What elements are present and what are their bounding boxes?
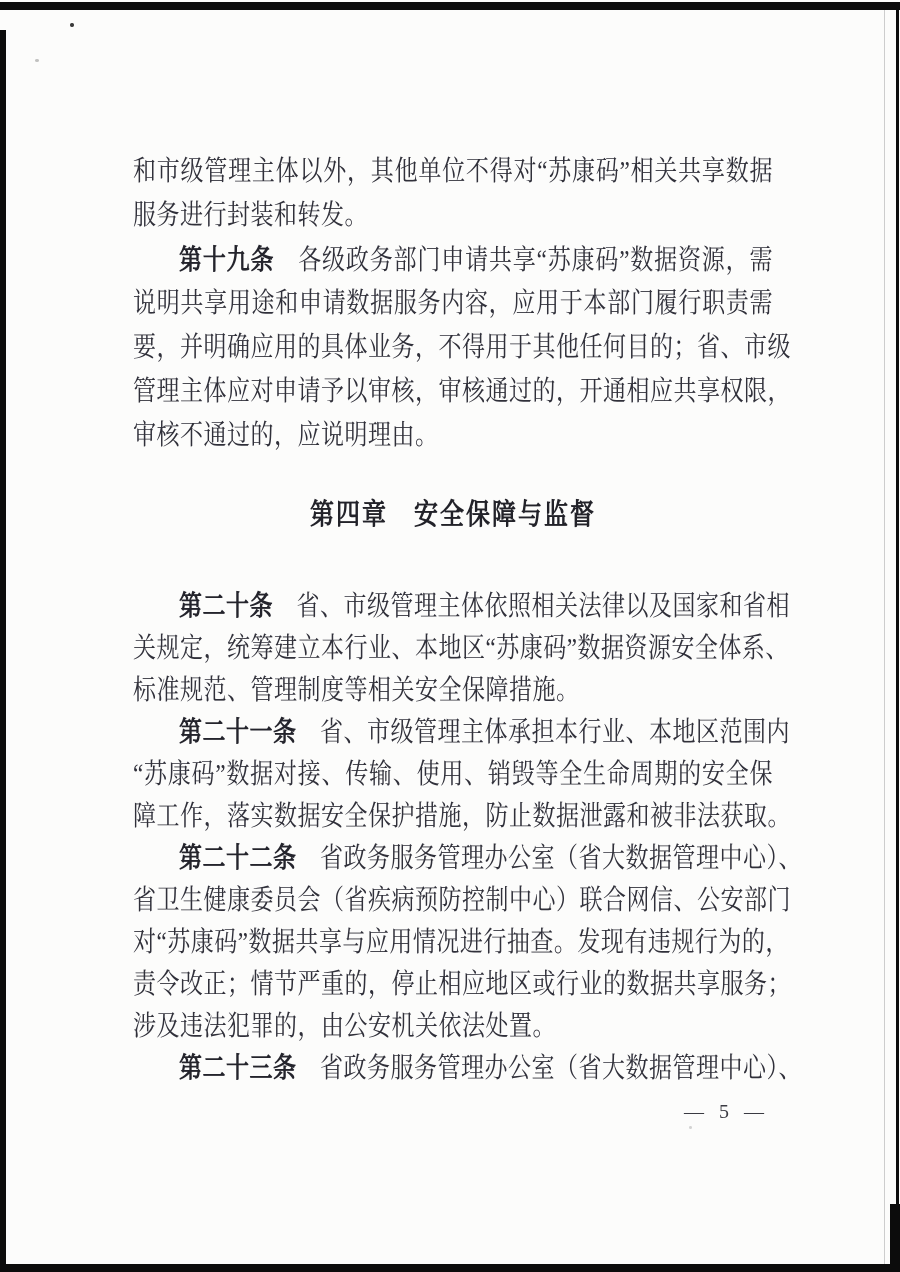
line-text: 涉及违法犯罪的，由公安机关依法处置。 [133,1011,556,1041]
line-text: 省政务服务管理办公室（省大数据管理中心）、 [297,843,803,873]
page-number: — 5 — [133,1101,773,1124]
text-line: 服务进行封装和转发。 [133,194,773,238]
scan-speck [689,1126,692,1129]
document-body: 和市级管理主体以外，其他单位不得对“苏康码”相关共享数据服务进行封装和转发。第十… [133,150,773,1124]
line-text: 对“苏康码”数据共享与应用情况进行抽查。发现有违规行为的， [133,927,789,957]
line-text: “苏康码”数据对接、传输、使用、销毁等全生命周期的安全保 [133,759,773,789]
scan-border-bottom [0,1264,900,1272]
text-line: 责令改正；情节严重的，停止相应地区或行业的数据共享服务； [133,963,773,1005]
scan-speck [70,23,74,27]
text-line: 第十九条 各级政务部门申请共享“苏康码”数据资源，需 [133,238,773,282]
article-number: 第二十一条 [179,716,297,747]
line-text: 关规定，统筹建立本行业、本地区“苏康码”数据资源安全体系、 [133,633,789,663]
text-line: 和市级管理主体以外，其他单位不得对“苏康码”相关共享数据 [133,150,773,194]
scan-border-right [896,10,899,1204]
scanned-document-page: 和市级管理主体以外，其他单位不得对“苏康码”相关共享数据服务进行封装和转发。第十… [0,0,900,1272]
line-text: 说明共享用途和申请数据服务内容，应用于本部门履行职责需 [133,288,773,318]
text-line: 要，并明确应用的具体业务，不得用于其他任何目的；省、市级 [133,326,773,370]
line-text: 省政务服务管理办公室（省大数据管理中心）、 [297,1053,803,1083]
line-text: 管理主体应对申请予以审核，审核通过的，开通相应共享权限， [133,376,791,406]
scan-border-corner [890,1204,900,1272]
article-number: 第二十条 [179,590,273,621]
scan-border-left [0,30,6,1272]
text-line: 第二十二条 省政务服务管理办公室（省大数据管理中心）、 [133,837,773,879]
article-number: 第十九条 [179,244,274,275]
scan-speck [35,59,39,62]
text-line: 涉及违法犯罪的，由公安机关依法处置。 [133,1005,773,1047]
line-text: 服务进行封装和转发。 [133,200,368,230]
text-line: 说明共享用途和申请数据服务内容，应用于本部门履行职责需 [133,282,773,326]
text-line: 第二十一条 省、市级管理主体承担本行业、本地区范围内 [133,711,773,753]
line-text: 省、市级管理主体依照相关法律以及国家和省相 [273,591,790,621]
chapter-heading-text: 第四章 安全保障与监督 [133,494,773,538]
line-text: 审核不通过的，应说明理由。 [133,420,439,450]
text-line: 标准规范、管理制度等相关安全保障措施。 [133,669,773,711]
paragraph-group-2: 第二十条 省、市级管理主体依照相关法律以及国家和省相关规定，统筹建立本行业、本地… [133,585,773,1089]
text-line: 第二十条 省、市级管理主体依照相关法律以及国家和省相 [133,585,773,627]
line-text: 责令改正；情节严重的，停止相应地区或行业的数据共享服务； [133,969,791,999]
line-text: 要，并明确应用的具体业务，不得用于其他任何目的；省、市级 [133,332,791,362]
text-line: “苏康码”数据对接、传输、使用、销毁等全生命周期的安全保 [133,753,773,795]
line-text: 标准规范、管理制度等相关安全保障措施。 [133,675,580,705]
chapter-heading: 第四章 安全保障与监督 [133,494,773,538]
text-line: 审核不通过的，应说明理由。 [133,414,773,458]
paragraph-group-1: 和市级管理主体以外，其他单位不得对“苏康码”相关共享数据服务进行封装和转发。第十… [133,150,773,458]
article-number: 第二十二条 [179,842,297,873]
line-text: 省、市级管理主体承担本行业、本地区范围内 [297,717,791,747]
line-text: 各级政务部门申请共享“苏康码”数据资源，需 [274,245,773,275]
line-text: 省卫生健康委员会（省疾病预防控制中心）联合网信、公安部门 [133,885,791,915]
scan-line-artifact [884,10,885,1264]
text-line: 关规定，统筹建立本行业、本地区“苏康码”数据资源安全体系、 [133,627,773,669]
text-line: 第二十三条 省政务服务管理办公室（省大数据管理中心）、 [133,1047,773,1089]
line-text: 和市级管理主体以外，其他单位不得对“苏康码”相关共享数据 [133,156,773,186]
line-text: 障工作，落实数据安全保护措施，防止数据泄露和被非法获取。 [133,801,791,831]
text-line: 对“苏康码”数据共享与应用情况进行抽查。发现有违规行为的， [133,921,773,963]
text-line: 省卫生健康委员会（省疾病预防控制中心）联合网信、公安部门 [133,879,773,921]
text-line: 障工作，落实数据安全保护措施，防止数据泄露和被非法获取。 [133,795,773,837]
scan-border-top [0,2,900,10]
text-line: 管理主体应对申请予以审核，审核通过的，开通相应共享权限， [133,370,773,414]
article-number: 第二十三条 [179,1052,297,1083]
